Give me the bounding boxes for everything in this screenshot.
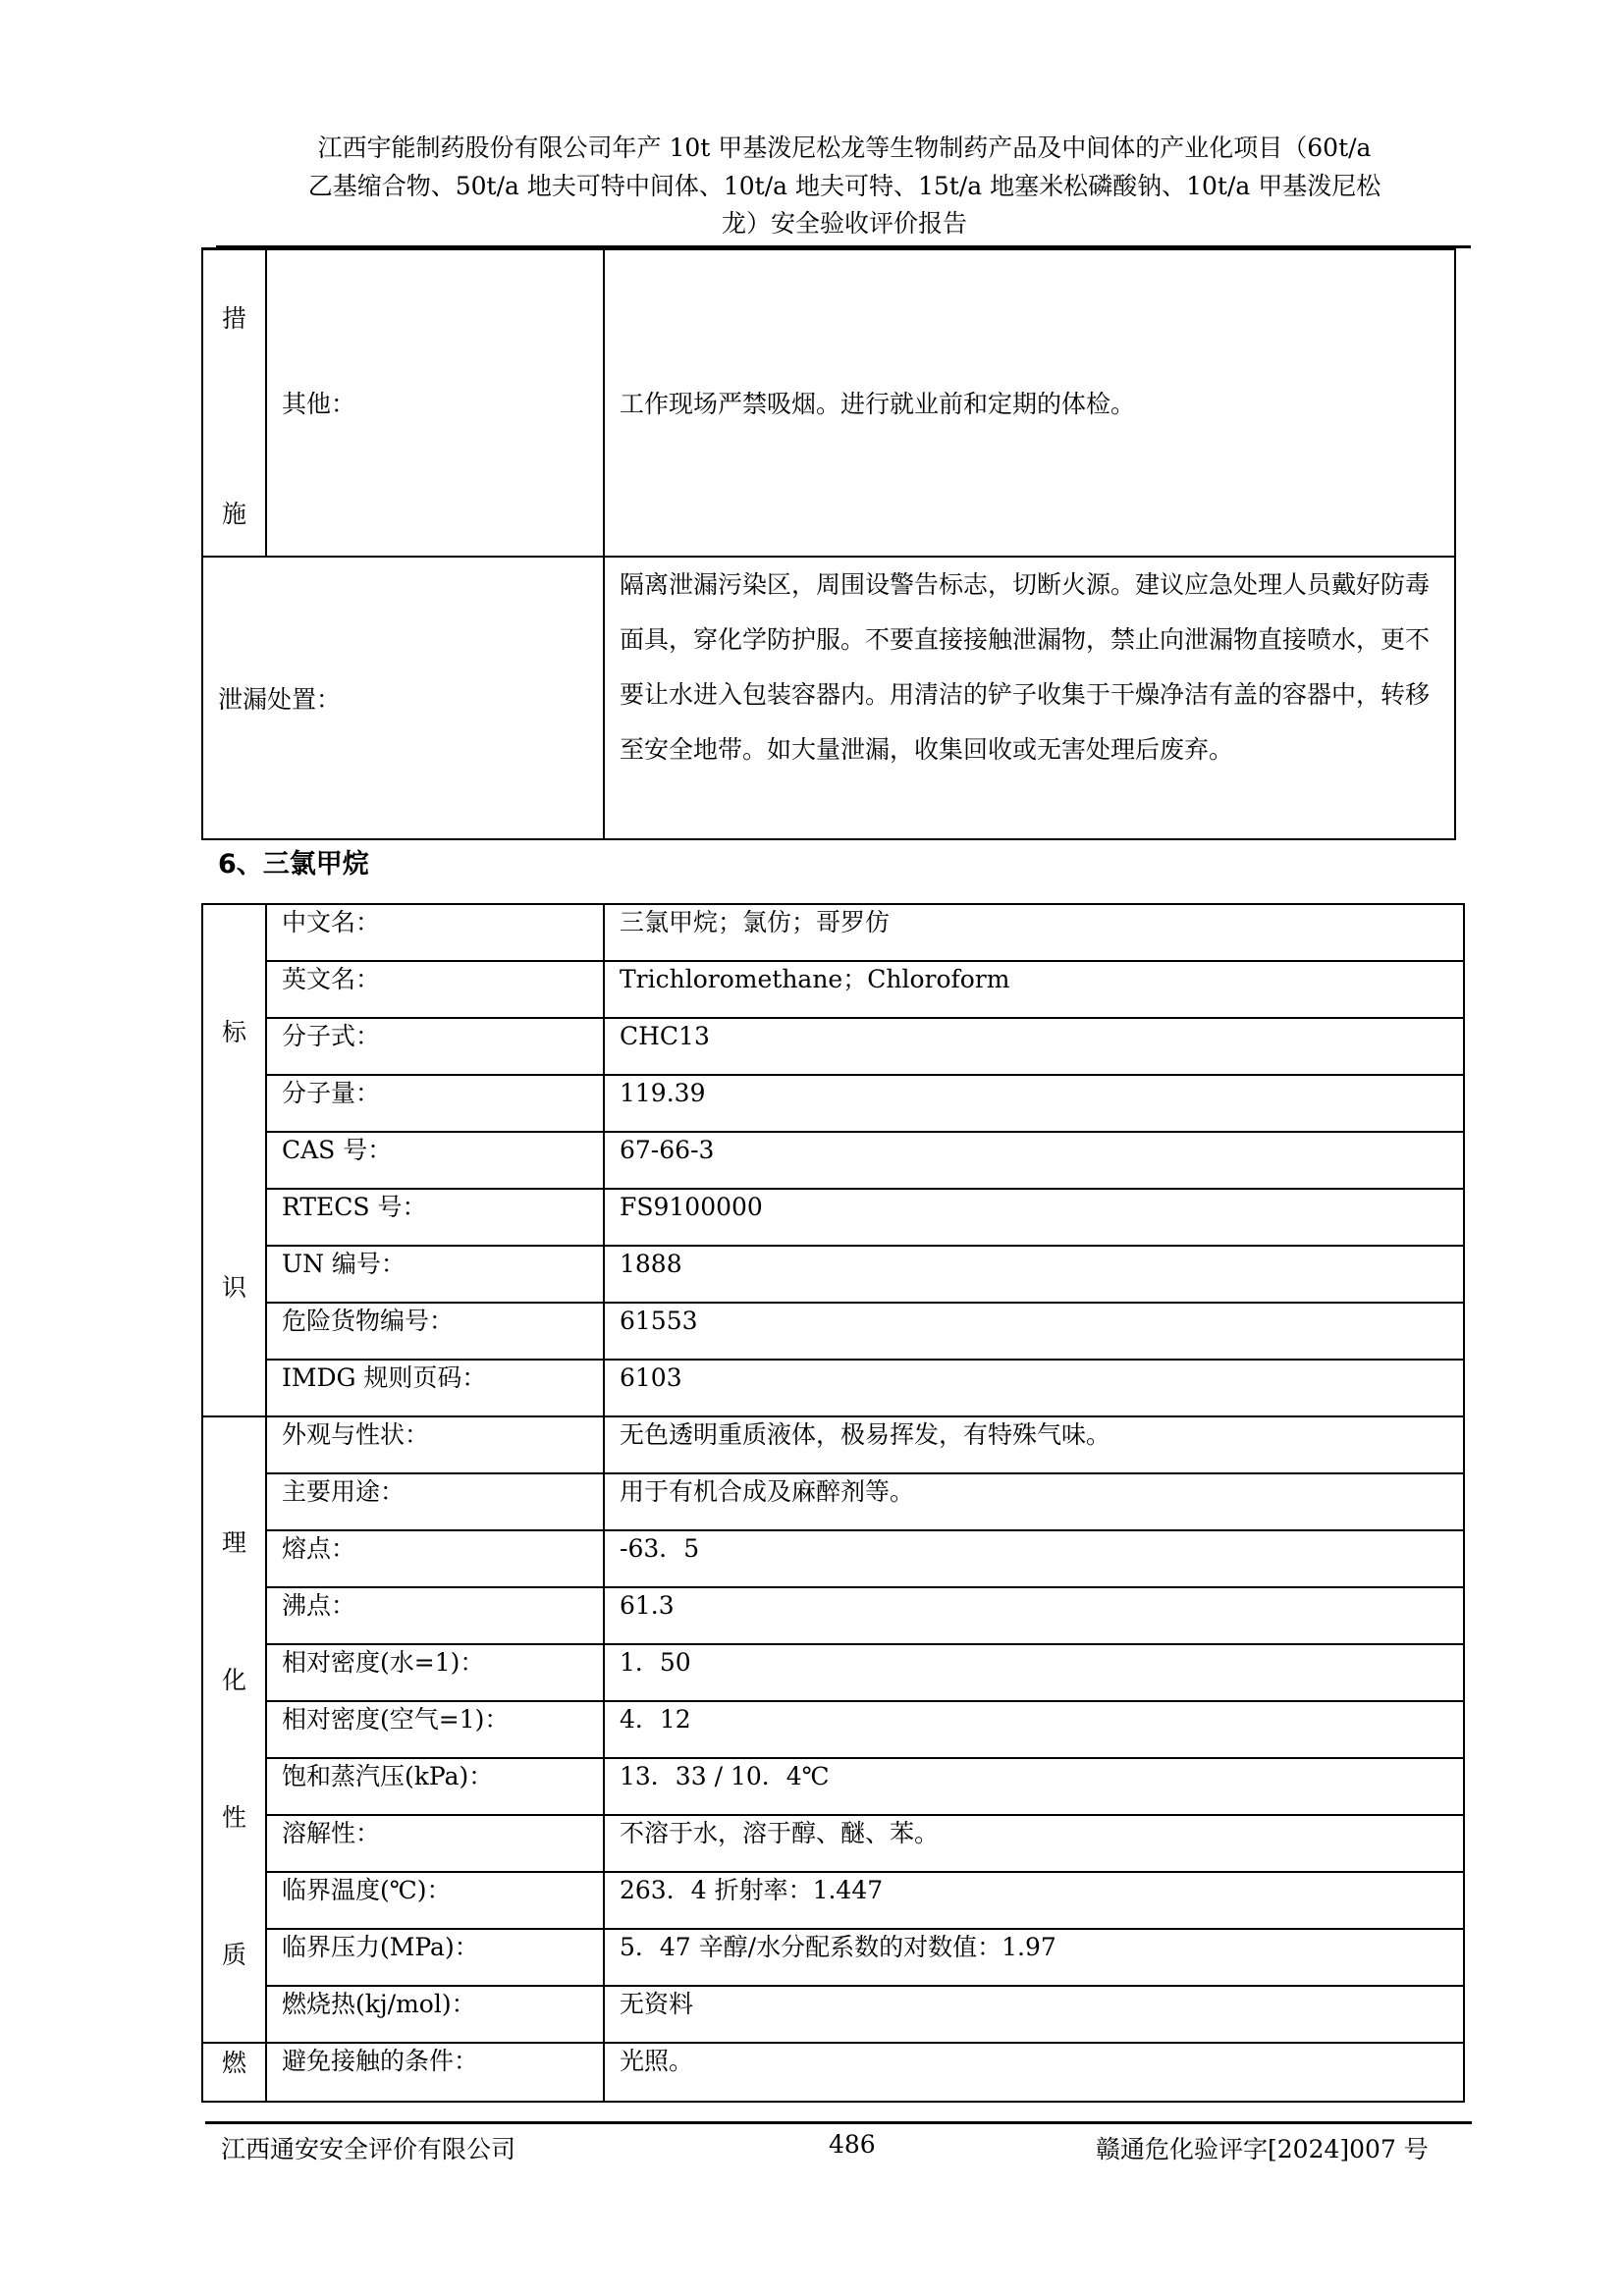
row-value: 无资料 (604, 1986, 1464, 2043)
spill-value: 隔离泄漏污染区，周围设警告标志，切断火源。建议应急处理人员戴好防毒面具，穿化学防… (604, 557, 1455, 839)
row-label: 临界温度(℃)： (266, 1872, 604, 1929)
substance-table: 标 识 中文名： 三氯甲烷；氯仿；哥罗仿 英文名： Trichlorometha… (201, 903, 1465, 2103)
row-value: 5．47 辛醇/水分配系数的对数值：1.97 (604, 1929, 1464, 1986)
row-label: CAS 号： (266, 1132, 604, 1189)
row-label: 溶解性： (266, 1815, 604, 1872)
row-label: 主要用途： (266, 1473, 604, 1530)
table-row: UN 编号： 1888 (202, 1246, 1464, 1303)
table-row: 英文名： Trichloromethane；Chloroform (202, 961, 1464, 1018)
row-label: 燃烧热(kj/mol)： (266, 1986, 604, 2043)
row-value: 光照。 (604, 2043, 1464, 2102)
row-value: 4．12 (604, 1701, 1464, 1758)
row-value: 1．50 (604, 1644, 1464, 1701)
row-label: 外观与性状： (266, 1416, 604, 1473)
table-row: 措 施 其他： 工作现场严禁吸烟。进行就业前和定期的体检。 (202, 249, 1455, 557)
row-label: 饱和蒸汽压(kPa)： (266, 1758, 604, 1815)
group-label-char: 标 (222, 1015, 246, 1050)
row-label: 沸点： (266, 1587, 604, 1644)
group-label-char: 措 (222, 299, 246, 335)
continued-table: 措 施 其他： 工作现场严禁吸烟。进行就业前和定期的体检。 泄漏处置： 隔离泄漏… (201, 247, 1456, 840)
row-label: 中文名： (266, 904, 604, 961)
row-value: -63．5 (604, 1530, 1464, 1587)
table-row: 饱和蒸汽压(kPa)： 13．33 / 10．4℃ (202, 1758, 1464, 1815)
footer-doc-number: 赣通危化验评字[2024]007 号 (1096, 2130, 1429, 2165)
row-value: 三氯甲烷；氯仿；哥罗仿 (604, 904, 1464, 961)
row-label: 分子式： (266, 1018, 604, 1075)
table-row: 相对密度(水=1)： 1．50 (202, 1644, 1464, 1701)
group-label-char: 性 (222, 1800, 246, 1836)
group-label-identification: 标 识 (202, 904, 266, 1416)
row-label: IMDG 规则页码： (266, 1360, 604, 1416)
row-label: 临界压力(MPa)： (266, 1929, 604, 1986)
table-row: CAS 号： 67-66-3 (202, 1132, 1464, 1189)
table-row: 主要用途： 用于有机合成及麻醉剂等。 (202, 1473, 1464, 1530)
table-row: 理 化 性 质 外观与性状： 无色透明重质液体，极易挥发，有特殊气味。 (202, 1416, 1464, 1473)
row-value: 无色透明重质液体，极易挥发，有特殊气味。 (604, 1416, 1464, 1473)
row-value: CHC13 (604, 1018, 1464, 1075)
table-row: 临界温度(℃)： 263．4 折射率：1.447 (202, 1872, 1464, 1929)
row-label: 危险货物编号： (266, 1303, 604, 1360)
row-value: 6103 (604, 1360, 1464, 1416)
table-row: IMDG 规则页码： 6103 (202, 1360, 1464, 1416)
header-title-line: 龙）安全验收评价报告 (221, 205, 1468, 243)
row-value: FS9100000 (604, 1189, 1464, 1246)
table-row: 泄漏处置： 隔离泄漏污染区，周围设警告标志，切断火源。建议应急处理人员戴好防毒面… (202, 557, 1455, 839)
row-value: 不溶于水，溶于醇、醚、苯。 (604, 1815, 1464, 1872)
table-row: 燃烧热(kj/mol)： 无资料 (202, 1986, 1464, 2043)
table-row: 溶解性： 不溶于水，溶于醇、醚、苯。 (202, 1815, 1464, 1872)
row-value: 1888 (604, 1246, 1464, 1303)
group-label-char: 识 (222, 1270, 246, 1306)
row-value: 263．4 折射率：1.447 (604, 1872, 1464, 1929)
table-row: 相对密度(空气=1)： 4．12 (202, 1701, 1464, 1758)
row-value: 119.39 (604, 1075, 1464, 1132)
row-label: 分子量： (266, 1075, 604, 1132)
group-label-char: 化 (222, 1663, 246, 1698)
table-row: 燃 避免接触的条件： 光照。 (202, 2043, 1464, 2102)
table-row: 标 识 中文名： 三氯甲烷；氯仿；哥罗仿 (202, 904, 1464, 961)
row-value: 工作现场严禁吸烟。进行就业前和定期的体检。 (604, 249, 1455, 557)
header-title-line: 乙基缩合物、50t/a 地夫可特中间体、10t/a 地夫可特、15t/a 地塞米… (221, 168, 1468, 206)
row-value: 13．33 / 10．4℃ (604, 1758, 1464, 1815)
table-row: 临界压力(MPa)： 5．47 辛醇/水分配系数的对数值：1.97 (202, 1929, 1464, 1986)
table-row: RTECS 号： FS9100000 (202, 1189, 1464, 1246)
row-value: 61.3 (604, 1587, 1464, 1644)
footer-company: 江西通安安全评价有限公司 (221, 2130, 515, 2165)
row-label: 熔点： (266, 1530, 604, 1587)
header-title-line: 江西宇能制药股份有限公司年产 10t 甲基泼尼松龙等生物制药产品及中间体的产业化… (221, 130, 1468, 168)
group-label-char: 施 (222, 495, 246, 550)
page-header: 江西宇能制药股份有限公司年产 10t 甲基泼尼松龙等生物制药产品及中间体的产业化… (221, 130, 1468, 243)
row-label: 其他： (266, 249, 604, 557)
group-label-combustion: 燃 (202, 2043, 266, 2102)
row-value: Trichloromethane；Chloroform (604, 961, 1464, 1018)
footer-divider (205, 2121, 1472, 2124)
row-label: 避免接触的条件： (266, 2043, 604, 2102)
table-row: 分子量： 119.39 (202, 1075, 1464, 1132)
row-label: 英文名： (266, 961, 604, 1018)
section-heading: 6、三氯甲烷 (218, 842, 369, 881)
table-row: 沸点： 61.3 (202, 1587, 1464, 1644)
table-row: 熔点： -63．5 (202, 1530, 1464, 1587)
row-value: 61553 (604, 1303, 1464, 1360)
group-label-measures: 措 施 (202, 249, 266, 557)
row-label: 相对密度(水=1)： (266, 1644, 604, 1701)
table-row: 危险货物编号： 61553 (202, 1303, 1464, 1360)
row-label: RTECS 号： (266, 1189, 604, 1246)
row-value: 67-66-3 (604, 1132, 1464, 1189)
page-number: 486 (829, 2130, 876, 2159)
row-label: 相对密度(空气=1)： (266, 1701, 604, 1758)
group-label-physicochemical: 理 化 性 质 (202, 1416, 266, 2043)
spill-label: 泄漏处置： (202, 557, 604, 839)
group-label-char: 质 (222, 1938, 246, 1973)
table-row: 分子式： CHC13 (202, 1018, 1464, 1075)
row-value: 用于有机合成及麻醉剂等。 (604, 1473, 1464, 1530)
group-label-char: 理 (222, 1525, 246, 1561)
row-label: UN 编号： (266, 1246, 604, 1303)
group-label-char: 燃 (222, 2049, 246, 2077)
